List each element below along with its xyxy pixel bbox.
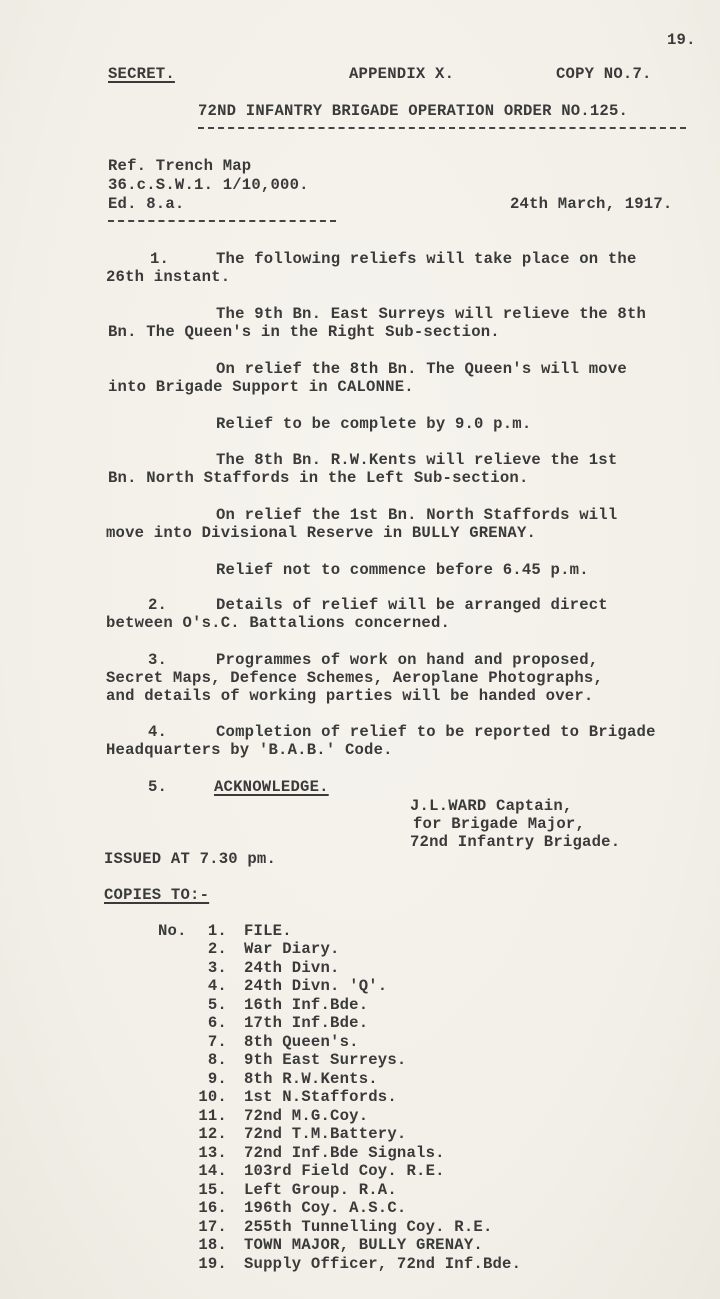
copies-heading: COPIES TO:- xyxy=(104,886,209,904)
copy-number: 14. xyxy=(187,1162,227,1180)
page-number: 19. xyxy=(667,31,696,49)
copy-recipient: Supply Officer, 72nd Inf.Bde. xyxy=(244,1255,521,1273)
copy-number: 6. xyxy=(197,1014,227,1032)
para-1f: Relief not to commence before 6.45 p.m. xyxy=(216,561,589,579)
copy-number: COPY NO.7. xyxy=(556,65,652,83)
copy-number: 2. xyxy=(197,940,227,958)
copy-recipient: 8th R.W.Kents. xyxy=(244,1070,378,1088)
copy-recipient: 24th Divn. xyxy=(244,959,340,977)
copy-recipient: 16th Inf.Bde. xyxy=(244,996,368,1014)
copy-recipient: 1st N.Staffords. xyxy=(244,1088,397,1106)
copy-number: 16. xyxy=(187,1199,227,1217)
para-2-number: 2. xyxy=(148,596,167,614)
para-3-line-1: Programmes of work on hand and proposed, xyxy=(216,651,598,669)
copy-number: 19. xyxy=(187,1255,227,1273)
copy-number: 15. xyxy=(187,1181,227,1199)
copy-number: 8. xyxy=(197,1051,227,1069)
signature-name: J.L.WARD Captain, xyxy=(410,797,572,815)
para-1d-line-1: The 8th Bn. R.W.Kents will relieve the 1… xyxy=(216,451,617,469)
ref-line-2: 36.c.S.W.1. 1/10,000. xyxy=(108,176,309,194)
copy-recipient: 17th Inf.Bde. xyxy=(244,1014,368,1032)
para-5-number: 5. xyxy=(148,778,167,796)
copy-recipient: FILE. xyxy=(244,922,292,940)
copy-number: 11. xyxy=(187,1107,227,1125)
title-divider xyxy=(198,127,686,129)
para-1-number: 1. xyxy=(150,250,169,268)
copy-recipient: 196th Coy. A.S.C. xyxy=(244,1199,406,1217)
para-1b-line-1: On relief the 8th Bn. The Queen's will m… xyxy=(216,360,627,378)
copy-number: 4. xyxy=(197,977,227,995)
ref-line-3: Ed. 8.a. xyxy=(108,195,184,213)
para-1-line-1: The following reliefs will take place on… xyxy=(216,250,637,268)
copy-number: 13. xyxy=(187,1144,227,1162)
ref-line-1: Ref. Trench Map xyxy=(108,157,251,175)
para-1c: Relief to be complete by 9.0 p.m. xyxy=(216,415,531,433)
para-1a-line-1: The 9th Bn. East Surreys will relieve th… xyxy=(216,305,646,323)
copy-number: 18. xyxy=(187,1236,227,1254)
copy-recipient: 24th Divn. 'Q'. xyxy=(244,977,387,995)
copy-number: 17. xyxy=(187,1218,227,1236)
copy-recipient: 255th Tunnelling Coy. R.E. xyxy=(244,1218,493,1236)
copy-recipient: TOWN MAJOR, BULLY GRENAY. xyxy=(244,1236,483,1254)
copy-number: 12. xyxy=(187,1125,227,1143)
document-date: 24th March, 1917. xyxy=(510,195,672,213)
copies-prefix: No. xyxy=(158,922,187,940)
para-1d-line-2: Bn. North Staffords in the Left Sub-sect… xyxy=(108,469,529,487)
para-1e-line-1: On relief the 1st Bn. North Staffords wi… xyxy=(216,506,617,524)
para-4-line-1: Completion of relief to be reported to B… xyxy=(216,723,656,741)
signature-unit: 72nd Infantry Brigade. xyxy=(410,833,620,851)
para-3-line-3: and details of working parties will be h… xyxy=(106,687,593,705)
para-3-number: 3. xyxy=(148,651,167,669)
classification: SECRET. xyxy=(108,65,175,83)
para-4-line-2: Headquarters by 'B.A.B.' Code. xyxy=(106,741,393,759)
para-1e-line-2: move into Divisional Reserve in BULLY GR… xyxy=(106,524,536,542)
copy-recipient: War Diary. xyxy=(244,940,340,958)
copy-recipient: 8th Queen's. xyxy=(244,1033,359,1051)
para-1a-line-2: Bn. The Queen's in the Right Sub-section… xyxy=(108,323,500,341)
copy-recipient: 72nd M.G.Coy. xyxy=(244,1107,368,1125)
copy-recipient: 103rd Field Coy. R.E. xyxy=(244,1162,445,1180)
document-page: 19. SECRET. APPENDIX X. COPY NO.7. 72ND … xyxy=(0,0,720,1299)
copy-number: 5. xyxy=(197,996,227,1014)
acknowledge-text: ACKNOWLEDGE. xyxy=(214,778,329,796)
document-title: 72ND INFANTRY BRIGADE OPERATION ORDER NO… xyxy=(198,102,628,120)
para-1b-line-2: into Brigade Support in CALONNE. xyxy=(108,378,414,396)
copy-recipient: 9th East Surreys. xyxy=(244,1051,406,1069)
copy-number: 10. xyxy=(187,1088,227,1106)
copy-number: 1. xyxy=(197,922,227,940)
para-3-line-2: Secret Maps, Defence Schemes, Aeroplane … xyxy=(106,669,603,687)
para-1-line-2: 26th instant. xyxy=(106,268,230,286)
appendix-label: APPENDIX X. xyxy=(349,65,454,83)
para-2-line-2: between O's.C. Battalions concerned. xyxy=(106,614,450,632)
signature-role: for Brigade Major, xyxy=(413,815,585,833)
copy-number: 3. xyxy=(197,959,227,977)
copy-recipient: 72nd Inf.Bde Signals. xyxy=(244,1144,445,1162)
para-2-line-1: Details of relief will be arranged direc… xyxy=(216,596,608,614)
copy-number: 9. xyxy=(197,1070,227,1088)
copy-number: 7. xyxy=(197,1033,227,1051)
ref-divider xyxy=(108,220,336,222)
issued-time: ISSUED AT 7.30 pm. xyxy=(104,850,276,868)
copy-recipient: 72nd T.M.Battery. xyxy=(244,1125,406,1143)
copy-recipient: Left Group. R.A. xyxy=(244,1181,397,1199)
para-4-number: 4. xyxy=(148,723,167,741)
